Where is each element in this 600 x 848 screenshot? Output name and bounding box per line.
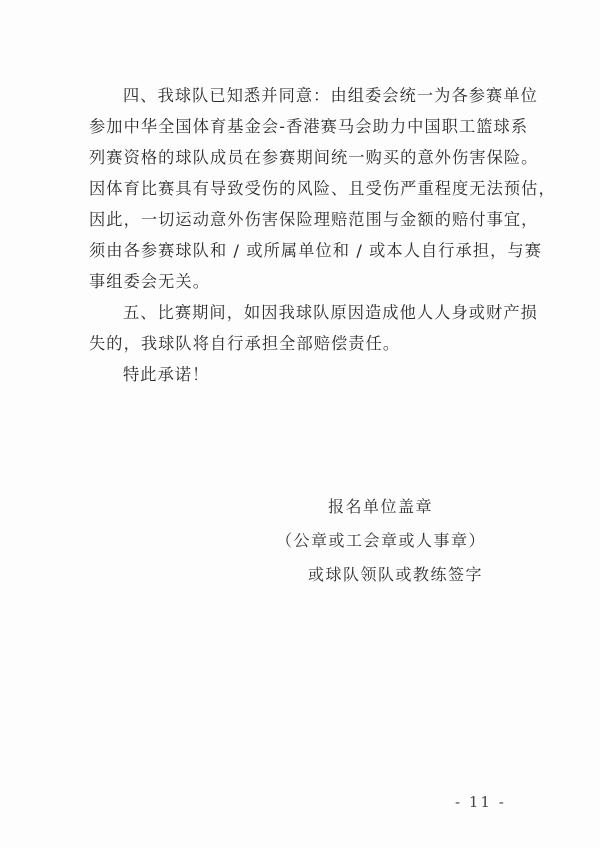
page-number: - 11 - [455, 793, 506, 811]
closing-statement: 特此承诺！ [89, 359, 509, 390]
text-line: 因体育比赛具有导致受伤的风险、且受伤严重程度无法预估， [89, 173, 509, 204]
text-line: 列赛资格的球队成员在参赛期间统一购买的意外伤害保险。 [89, 142, 509, 173]
paragraph-clause-five: 五、比赛期间，如因我球队原因造成他人人身或财产损 失的，我球队将自行承担全部赔偿… [89, 297, 509, 359]
text-line: 因此，一切运动意外伤害保险理赔范围与金额的赔付事宜， [89, 204, 509, 235]
signature-signer-label: 或球队领队或教练签字 [308, 562, 483, 585]
text-line: 四、我球队已知悉并同意：由组委会统一为各参赛单位 [89, 80, 509, 111]
paragraph-clause-four: 四、我球队已知悉并同意：由组委会统一为各参赛单位 参加中华全国体育基金会-香港赛… [89, 80, 509, 297]
text-line: 须由各参赛球队和 / 或所属单位和 / 或本人自行承担，与赛 [89, 235, 509, 266]
text-line: 失的，我球队将自行承担全部赔偿责任。 [89, 328, 509, 359]
document-page: 四、我球队已知悉并同意：由组委会统一为各参赛单位 参加中华全国体育基金会-香港赛… [0, 0, 600, 848]
text-line: 事组委会无关。 [89, 266, 509, 297]
text-line: 参加中华全国体育基金会-香港赛马会助力中国职工篮球系 [89, 111, 509, 142]
text-line: 五、比赛期间，如因我球队原因造成他人人身或财产损 [89, 297, 509, 328]
paragraph-closing: 特此承诺！ [89, 359, 509, 390]
signature-seal-note: （公章或工会章或人事章） [276, 528, 486, 551]
signature-seal-label: 报名单位盖章 [328, 494, 433, 517]
document-body: 四、我球队已知悉并同意：由组委会统一为各参赛单位 参加中华全国体育基金会-香港赛… [89, 80, 509, 390]
